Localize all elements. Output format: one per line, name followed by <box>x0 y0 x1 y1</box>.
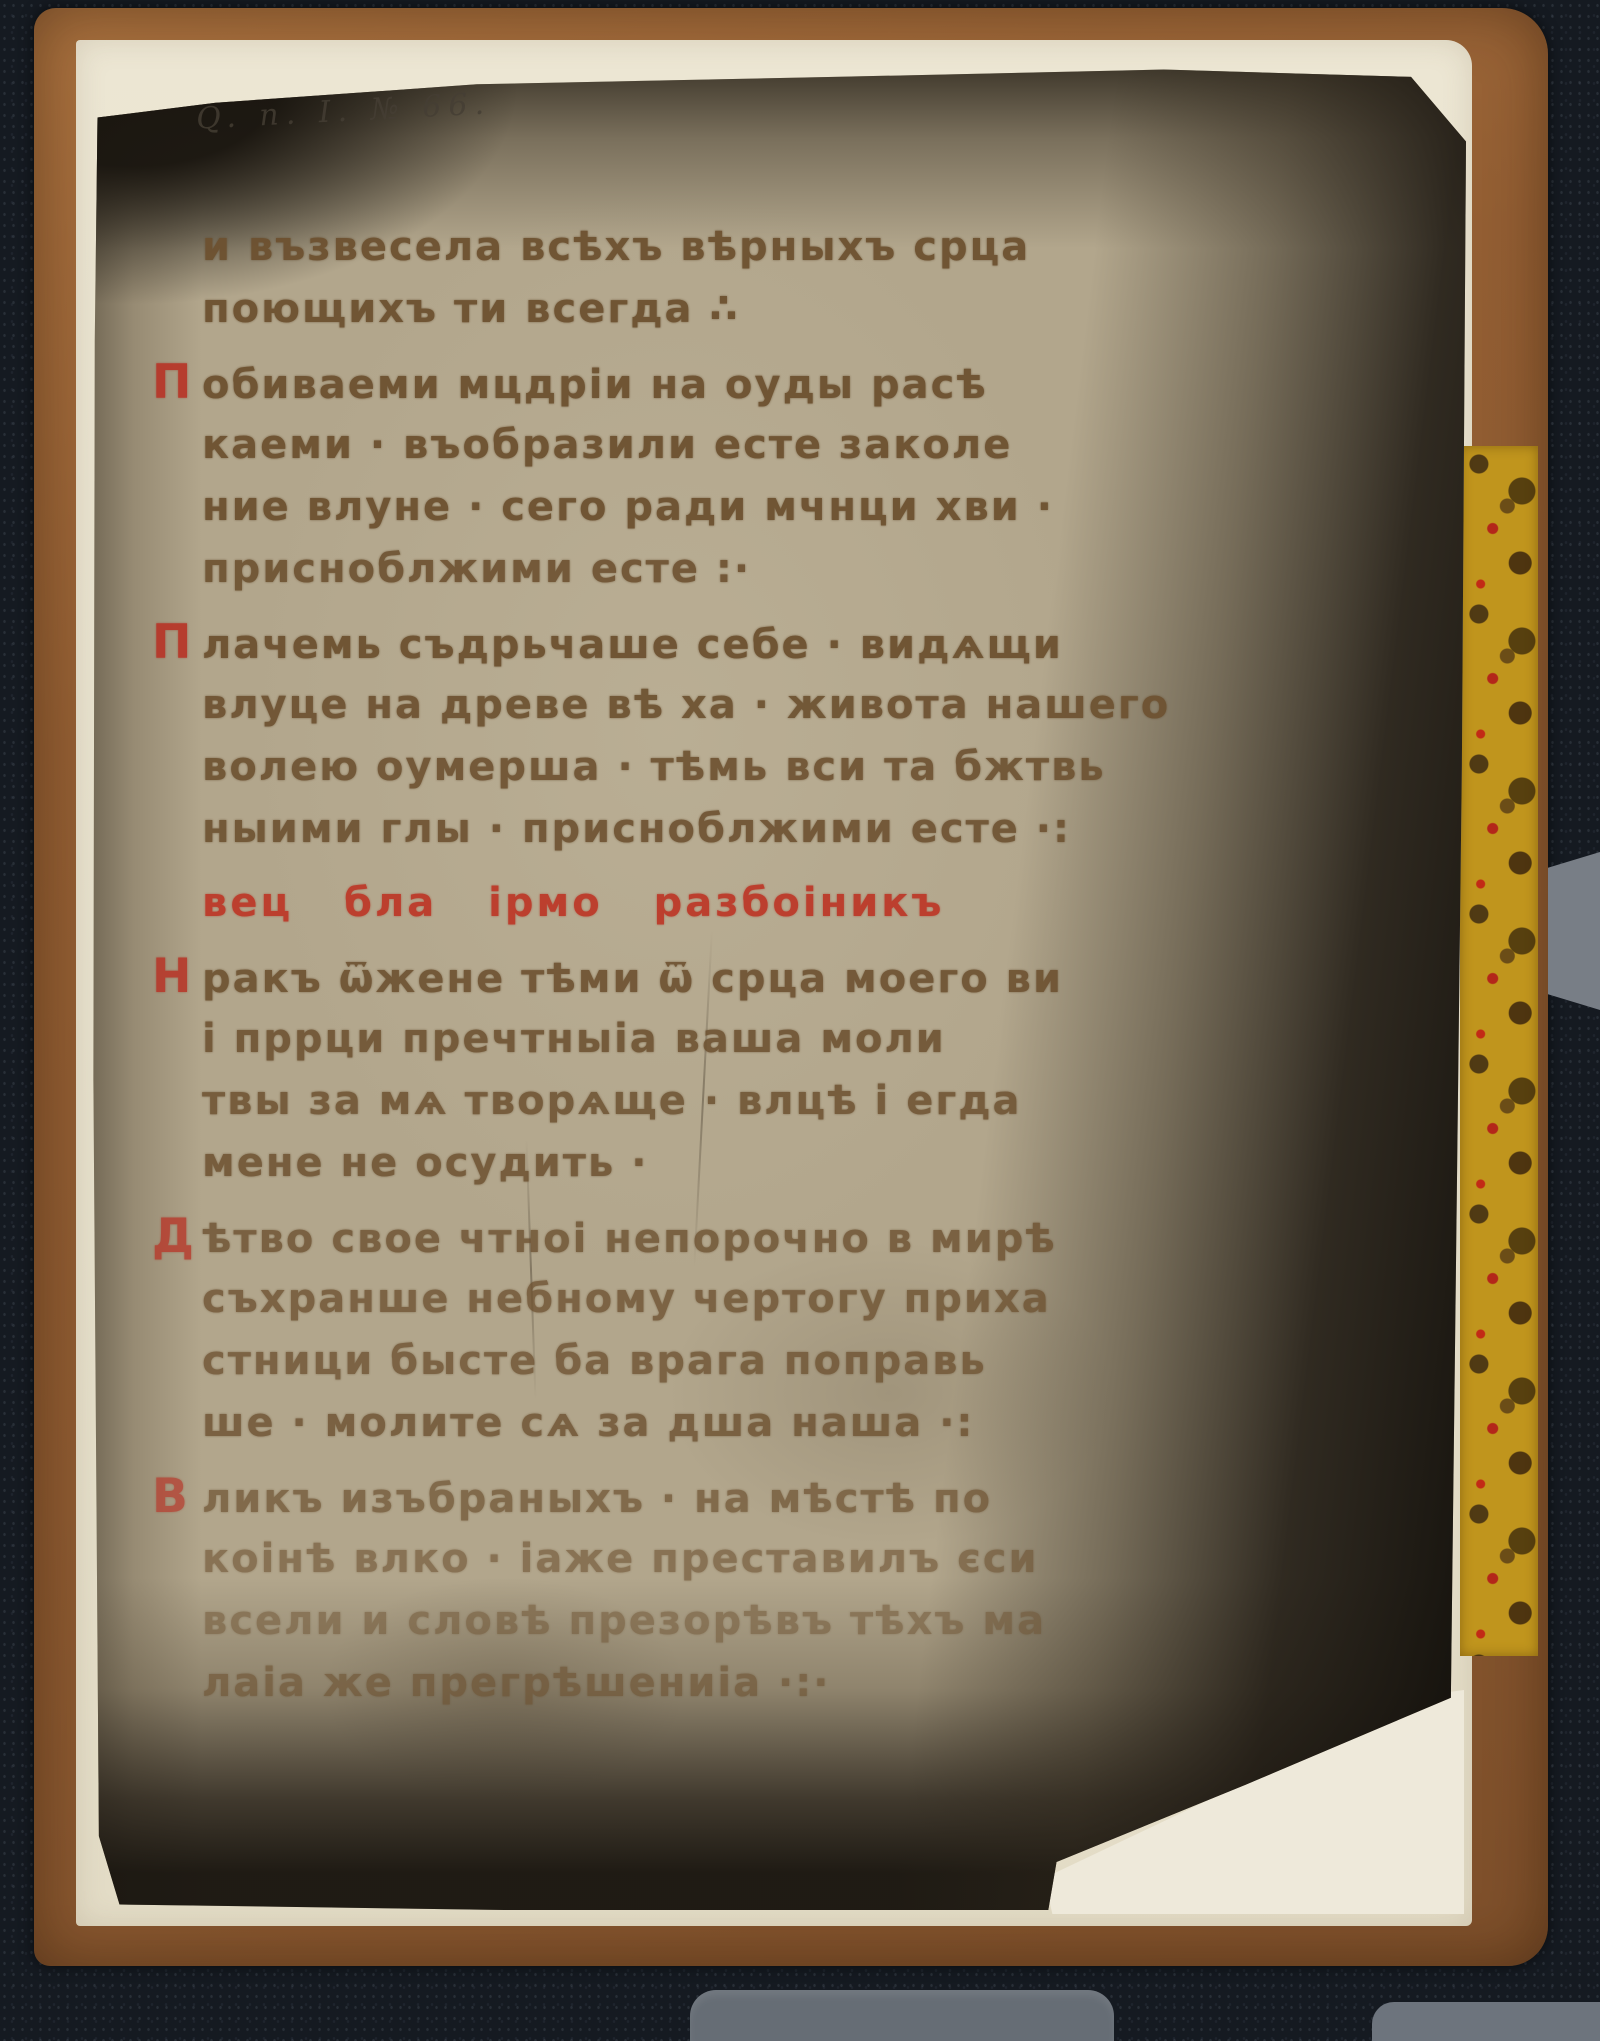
initial-letter: П <box>152 612 202 674</box>
line-text: лаіа же прегрѣшениіа ·:· <box>202 1660 830 1706</box>
initial-letter: Д <box>152 1206 202 1268</box>
text-line: волею оумерша · тѣмь вси та бжтвь <box>152 736 1342 798</box>
line-text: коінѣ влко · іаже преставилъ єси <box>202 1536 1039 1582</box>
text-line: каеми · въобразили есте заколе <box>152 414 1342 476</box>
line-text: ние влуне · сего ради мчнци хви · <box>202 484 1054 530</box>
cradle-weight-bottom <box>690 1990 1114 2041</box>
text-line: твы за мѧ творѧще · влцѣ і егда <box>152 1070 1342 1132</box>
photograph: Q. п. I. № 66. и възвесела всѣхъ вѣрныхъ… <box>0 0 1600 2041</box>
line-text: ѣтво свое чтноі непорочно в мирѣ <box>202 1216 1057 1262</box>
line-text: поющихъ ти всегда ∴ <box>202 286 739 332</box>
text-line: ние влуне · сего ради мчнци хви · <box>152 476 1342 538</box>
text-line: коінѣ влко · іаже преставилъ єси <box>152 1528 1342 1590</box>
text-line: Нракъ ѿжене тѣми ѿ срца моего ви <box>152 946 1342 1008</box>
line-text: съхранше небному чертогу приха <box>202 1276 1051 1322</box>
text-line: стници бысте ба врага поправь <box>152 1330 1342 1392</box>
line-text: волею оумерша · тѣмь вси та бжтвь <box>202 744 1106 790</box>
marbled-edge-strip <box>1460 446 1538 1656</box>
text-line: поющихъ ти всегда ∴ <box>152 278 1342 340</box>
line-text: вец бла ірмо разбоіникъ <box>202 880 944 926</box>
line-text: ныими глы · присноблжими есте ·: <box>202 806 1071 852</box>
line-text: і пррци пречтныіа ваша моли <box>202 1016 946 1062</box>
manuscript-text: и възвесела всѣхъ вѣрныхъ срцапоющихъ ти… <box>152 216 1342 1714</box>
text-line: Вликъ изъбраныхъ · на мѣстѣ по <box>152 1466 1342 1528</box>
text-line: съхранше небному чертогу приха <box>152 1268 1342 1330</box>
line-text: стници бысте ба врага поправь <box>202 1338 987 1384</box>
text-line: всели и словѣ презорѣвъ тѣхъ ма <box>152 1590 1342 1652</box>
cradle-weight-bottom-right <box>1372 2002 1600 2041</box>
text-line: присноблжими есте :· <box>152 538 1342 600</box>
cradle-wedge-right <box>1548 852 1600 1010</box>
line-text: мене не осудить · <box>202 1140 648 1186</box>
text-line: и възвесела всѣхъ вѣрныхъ срца <box>152 216 1342 278</box>
line-text: и възвесела всѣхъ вѣрныхъ срца <box>202 224 1030 270</box>
text-line: Дѣтво свое чтноі непорочно в мирѣ <box>152 1206 1342 1268</box>
text-line: влуце на древе вѣ ха · живота нашего <box>152 674 1342 736</box>
text-line: мене не осудить · <box>152 1132 1342 1194</box>
line-text: присноблжими есте :· <box>202 546 751 592</box>
line-text: каеми · въобразили есте заколе <box>202 422 1012 468</box>
text-line: Побиваеми мцдріи на оуды расѣ <box>152 352 1342 414</box>
line-text: всели и словѣ презорѣвъ тѣхъ ма <box>202 1598 1046 1644</box>
text-line: ныими глы · присноблжими есте ·: <box>152 798 1342 860</box>
initial-letter: Н <box>152 946 202 1008</box>
line-text: твы за мѧ творѧще · влцѣ і егда <box>202 1078 1022 1124</box>
line-text: ликъ изъбраныхъ · на мѣстѣ по <box>202 1476 992 1522</box>
rubric-line: вец бла ірмо разбоіникъ <box>152 872 1342 934</box>
text-line: лаіа же прегрѣшениіа ·:· <box>152 1652 1342 1714</box>
initial-letter: П <box>152 352 202 414</box>
text-line: Плачемь съдрьчаше себе · видѧщи <box>152 612 1342 674</box>
text-line: ше · молите сѧ за дша наша ·: <box>152 1392 1342 1454</box>
line-text: обиваеми мцдріи на оуды расѣ <box>202 362 988 408</box>
line-text: лачемь съдрьчаше себе · видѧщи <box>202 622 1063 668</box>
initial-letter: В <box>152 1466 202 1528</box>
line-text: ракъ ѿжене тѣми ѿ срца моего ви <box>202 956 1063 1002</box>
line-text: влуце на древе вѣ ха · живота нашего <box>202 682 1170 728</box>
text-line: і пррци пречтныіа ваша моли <box>152 1008 1342 1070</box>
line-text: ше · молите сѧ за дша наша ·: <box>202 1400 974 1446</box>
